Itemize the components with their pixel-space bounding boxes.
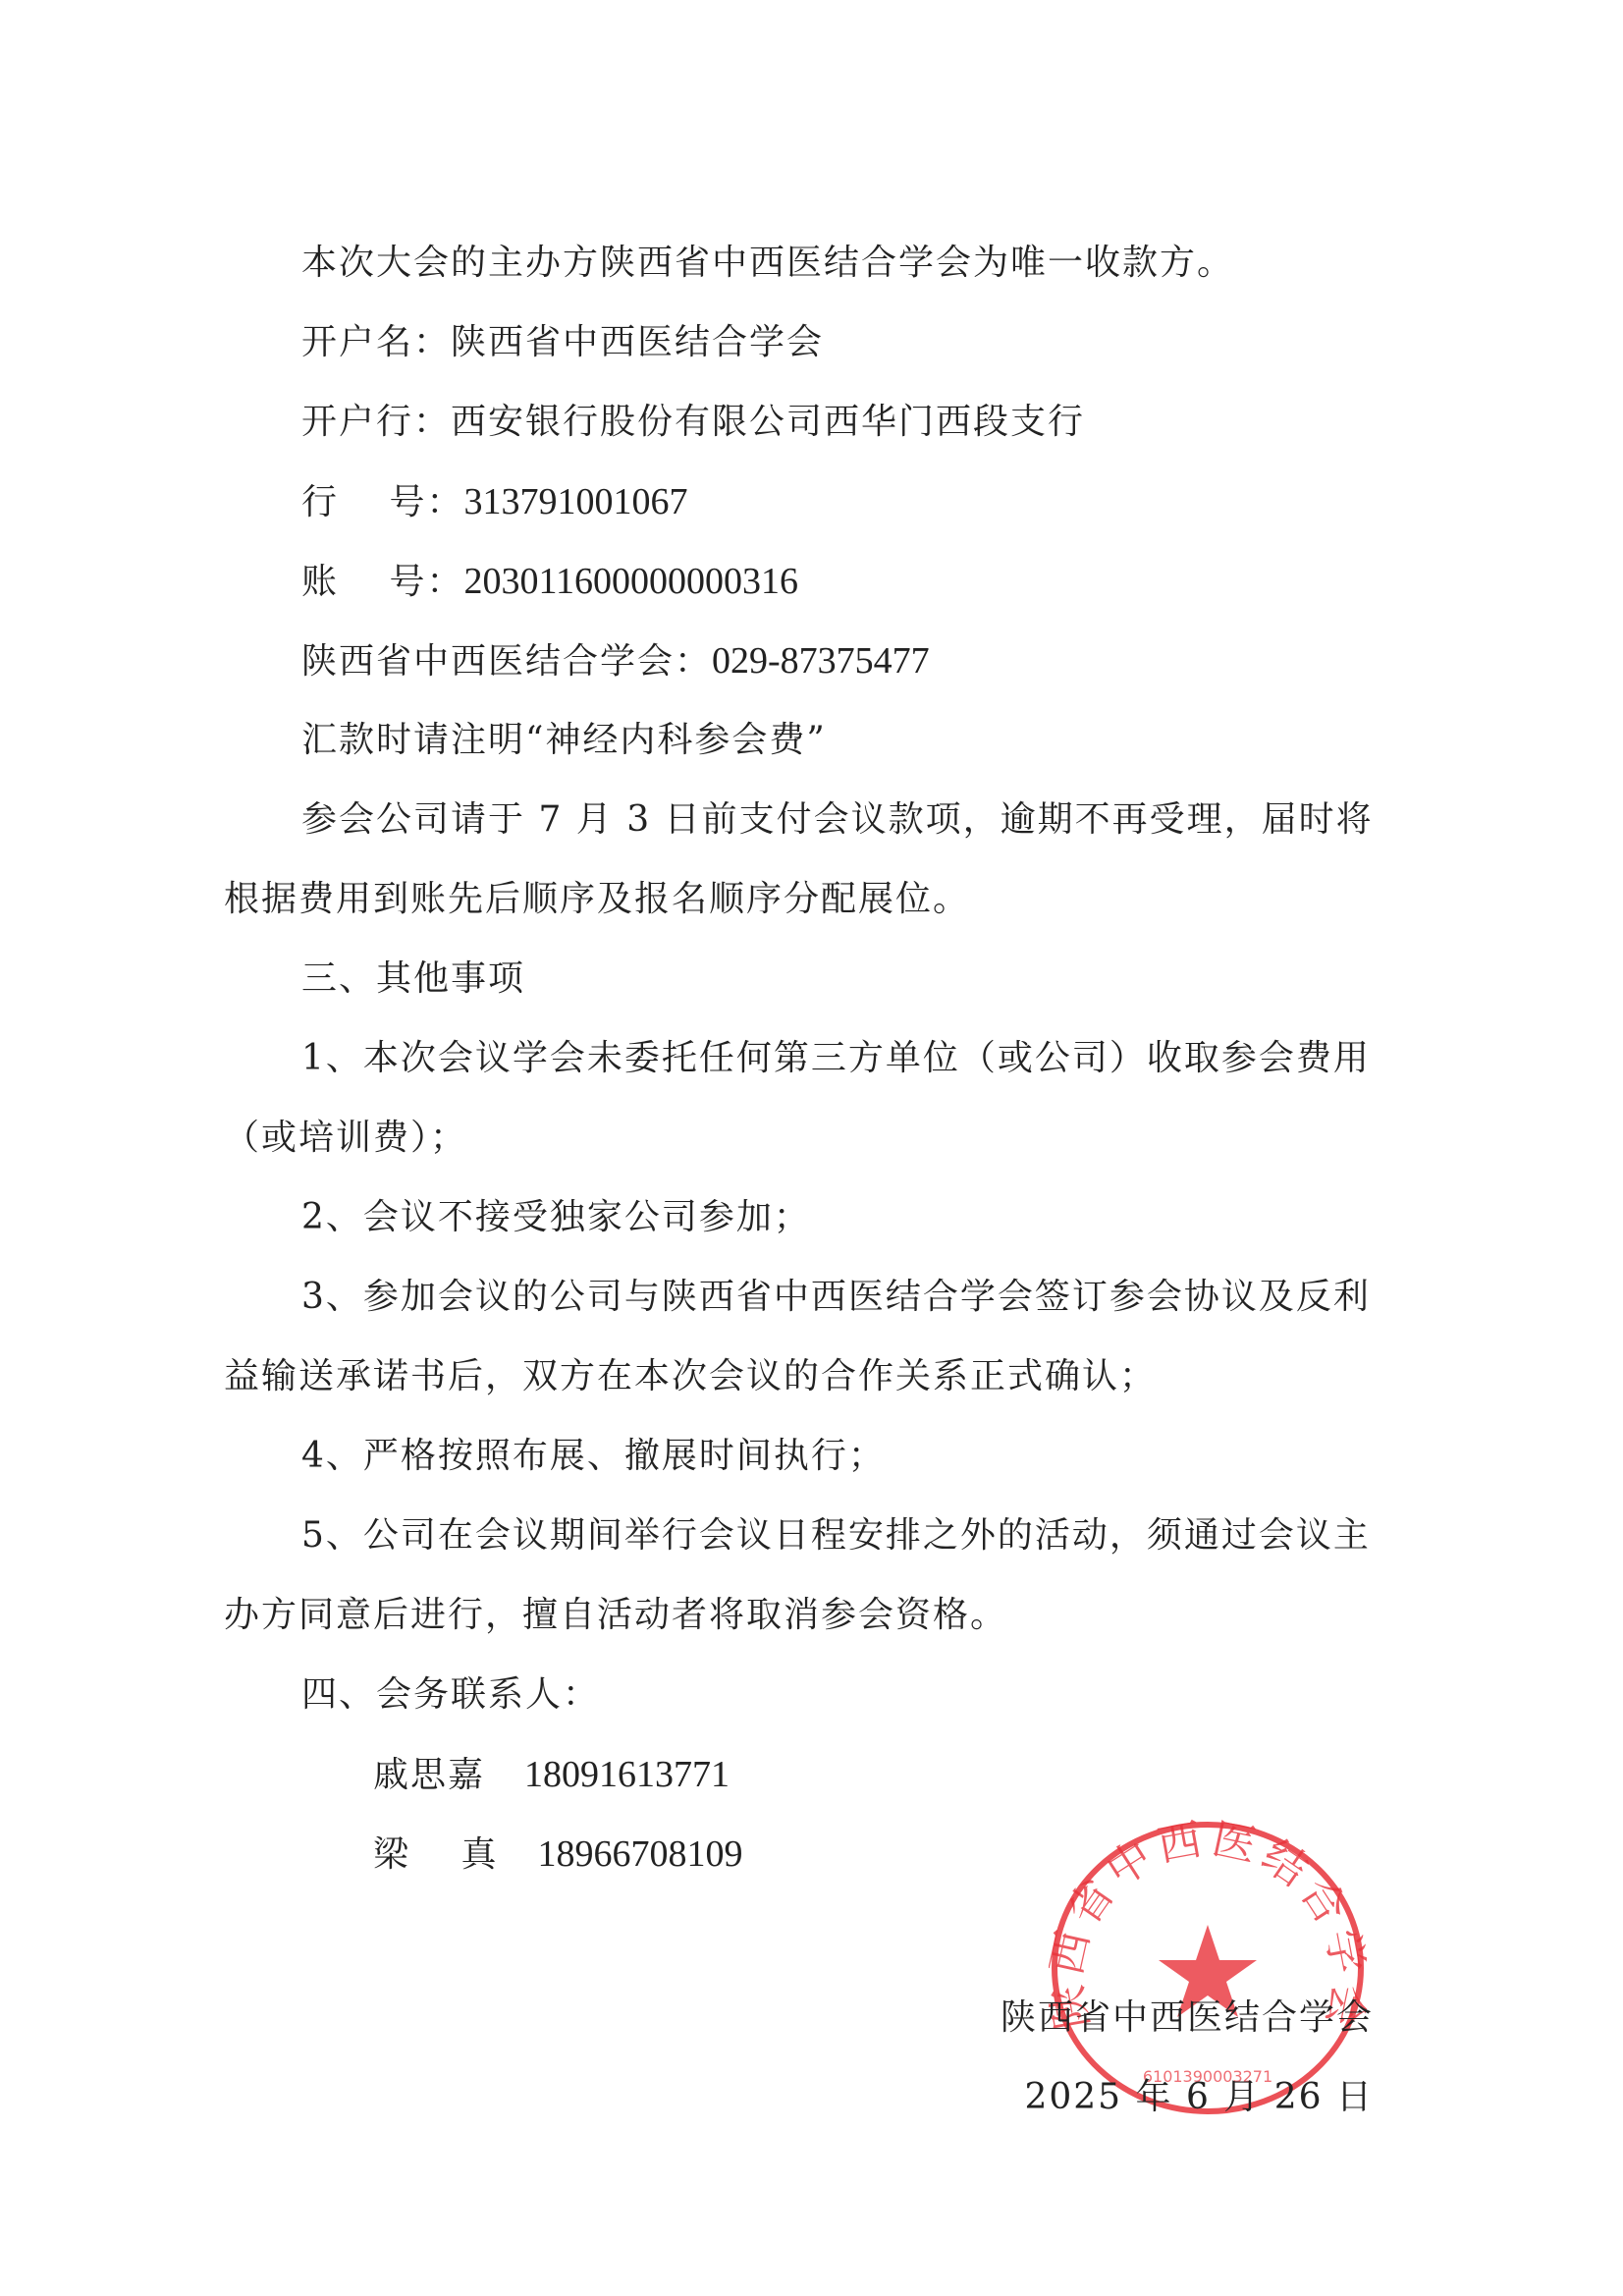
account-name-row: 开户名：陕西省中西医结合学会	[301, 323, 824, 362]
phone-label: 陕西省中西医结合学会：	[301, 641, 712, 682]
signature-date: 2025 年 6 月 26 日	[1024, 2078, 1374, 2117]
signature-org: 陕西省中西医结合学会	[1001, 1998, 1374, 2038]
contact-row: 戚思嘉18091613771	[373, 1755, 730, 1795]
section3-heading: 三、其他事项	[301, 959, 525, 999]
payment-deadline-line1: 参会公司请于 7 月 3 日前支付会议款项，逾期不再受理，届时将	[301, 800, 1374, 840]
contact-phone: 18091613771	[524, 1754, 730, 1795]
payee-statement: 本次大会的主办方陕西省中西医结合学会为唯一收款方。	[301, 244, 1234, 283]
section3-item-4: 4、严格按照布展、撤展时间执行；	[301, 1437, 886, 1476]
section3-item-3-line1: 3、参加会议的公司与陕西省中西医结合学会签订参会协议及反利	[301, 1278, 1371, 1317]
section3-item-1-line1: 1、本次会议学会未委托任何第三方单位（或公司）收取参会费用	[301, 1039, 1371, 1078]
official-seal-icon: 陕西省中西医结合学会 6101390003271	[1049, 1819, 1367, 2117]
contact-name: 戚思嘉	[373, 1755, 485, 1795]
section3-item-1-line2: （或培训费）；	[224, 1119, 467, 1158]
bank-code-value: 313791001067	[463, 481, 687, 522]
account-no-value: 203011600000000316	[463, 561, 798, 602]
phone-value: 029-87375477	[712, 640, 930, 682]
contact-row: 梁 真18966708109	[373, 1834, 742, 1875]
remittance-note: 汇款时请注明“神经内科参会费”	[301, 721, 827, 760]
bank-row: 开户行：西安银行股份有限公司西华门西段支行	[301, 403, 1085, 442]
account-no-label: 账 号：	[301, 562, 463, 602]
account-name-label: 开户名：	[301, 322, 451, 362]
section3-item-5-line1: 5、公司在会议期间举行会议日程安排之外的活动，须通过会议主	[301, 1516, 1371, 1556]
bank-label: 开户行：	[301, 402, 451, 442]
section4-heading: 四、会务联系人：	[301, 1675, 600, 1715]
contact-name: 梁 真	[373, 1834, 498, 1875]
section3-item-2: 2、会议不接受独家公司参加；	[301, 1198, 811, 1237]
phone-row: 陕西省中西医结合学会：029-87375477	[301, 641, 930, 682]
section3-item-3-line2: 益输送承诺书后，双方在本次会议的合作关系正式确认；	[224, 1357, 1157, 1396]
account-name-value: 陕西省中西医结合学会	[451, 322, 824, 362]
bank-value: 西安银行股份有限公司西华门西段支行	[451, 402, 1085, 442]
payment-deadline-line2: 根据费用到账先后顺序及报名顺序分配展位。	[224, 880, 970, 919]
document-page: 本次大会的主办方陕西省中西医结合学会为唯一收款方。 开户名：陕西省中西医结合学会…	[0, 0, 1623, 2296]
section3-item-5-line2: 办方同意后进行，擅自活动者将取消参会资格。	[224, 1596, 1007, 1635]
account-no-row: 账 号：203011600000000316	[301, 562, 798, 602]
bank-code-label: 行 号：	[301, 482, 463, 522]
contact-phone: 18966708109	[537, 1833, 742, 1875]
bank-code-row: 行 号：313791001067	[301, 482, 687, 522]
